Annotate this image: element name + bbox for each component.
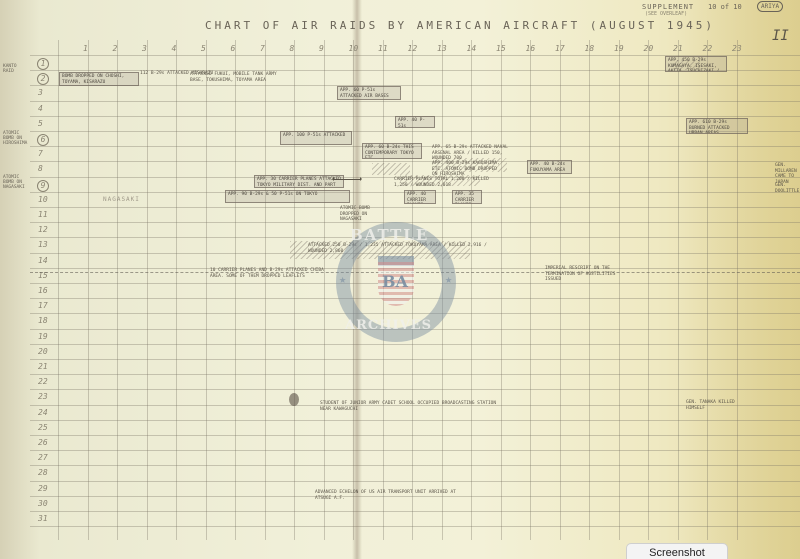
row-label: 12 (38, 225, 48, 234)
column-label: 16 (526, 44, 536, 53)
grid-line-horizontal (30, 481, 800, 482)
column-label: 22 (703, 44, 713, 53)
column-label: 20 (644, 44, 654, 53)
grid-line-horizontal (30, 511, 800, 512)
entry-note: APP. 400 B-29s KAGOSHIMA, ETC. ATOMIC BO… (432, 161, 502, 178)
row-label: 28 (38, 468, 48, 477)
entry-box: APP. 40 B-24s FUKUYAMA AREA (527, 160, 572, 174)
grid-line-horizontal (30, 101, 800, 102)
paper-stain (680, 0, 800, 559)
screenshot-tab[interactable]: Screenshot (626, 543, 728, 559)
entry-box: APP. 35 CARRIER PLANES (452, 190, 482, 204)
entry-note: GEN. DOOLITTLE (775, 183, 800, 194)
column-label: 7 (260, 44, 265, 53)
grid-line-horizontal (30, 389, 800, 390)
supplement-page: 10 of 10 (708, 3, 742, 11)
watermark-text-bottom: ARCHIVES (345, 318, 432, 333)
column-label: 11 (378, 44, 388, 53)
grid-line-horizontal (30, 420, 800, 421)
row-label: 16 (38, 286, 48, 295)
entry-box: APP. 60 B-24s THIS CONTEMPORARY TOKYO ET… (362, 143, 422, 159)
column-label: 4 (172, 44, 177, 53)
column-label: 8 (290, 44, 295, 53)
supplement-badge: ARIYA (757, 1, 783, 12)
column-label: 15 (496, 44, 506, 53)
column-label: 17 (555, 44, 565, 53)
row-label: 24 (38, 408, 48, 417)
column-label: 21 (673, 44, 683, 53)
column-label: 23 (732, 44, 742, 53)
row-label: 9 (37, 180, 49, 192)
grid-line-horizontal (30, 161, 800, 162)
grid-line-horizontal (30, 465, 800, 466)
row-label: 14 (38, 256, 48, 265)
column-label: 9 (319, 44, 324, 53)
row-label: 19 (38, 332, 48, 341)
ink-spot (289, 393, 299, 406)
row-label: 30 (38, 499, 48, 508)
range-arrow (333, 179, 361, 180)
row-label: 21 (38, 362, 48, 371)
row-label: 17 (38, 301, 48, 310)
roman-mark: II (772, 28, 789, 44)
row-label: 20 (38, 347, 48, 356)
row-label: 5 (38, 119, 43, 128)
hatch-area (372, 163, 410, 175)
entry-note: 10 CARRIER PLANES AND B-29s ATTACKED CHI… (210, 268, 340, 279)
row-label: 2 (37, 73, 49, 85)
column-label: 2 (113, 44, 118, 53)
column-label: 13 (437, 44, 447, 53)
row-label: 29 (38, 484, 48, 493)
column-label: 6 (231, 44, 236, 53)
row-label: 11 (38, 210, 48, 219)
grid-line-horizontal (30, 374, 800, 375)
row-label: 7 (38, 149, 43, 158)
entry-box: APP. 60 P-51s ATTACKED AIR BASES (337, 86, 401, 100)
entry-box: BOMB DROPPED ON CHOSHI, TOYAMA, KISARAZU (59, 72, 139, 86)
grid-line-horizontal (30, 222, 800, 223)
grid-line-horizontal (30, 435, 800, 436)
entry-note: ATTACKED FUKUI, MOBILE TANK ARMY BASE, T… (190, 72, 285, 83)
entry-note: CARRIER PLANES TOTAL 1,200 / KILLED 1,25… (394, 177, 489, 188)
column-label: 18 (585, 44, 595, 53)
watermark-text-top: BATTLE (350, 226, 429, 244)
row-label: 18 (38, 316, 48, 325)
row-label: 31 (38, 514, 48, 523)
entry-note: GEN. TANAKA KILLED HIMSELF (686, 400, 736, 411)
entry-box: APP. 40 CARRIER PLANES (404, 190, 436, 204)
row-label: 8 (38, 164, 43, 173)
row-label: 1 (37, 58, 49, 70)
grid-line-horizontal (30, 131, 800, 132)
star-icon: ★ (339, 272, 346, 286)
grid-line-horizontal (30, 526, 800, 527)
supplement-sub: (SEE OVERLEAF) (645, 11, 687, 17)
side-label-kanto: KANTO RAID (3, 64, 29, 74)
entry-note: ADVANCED ECHELON OF US AIR TRANSPORT UNI… (315, 490, 465, 501)
column-label: 5 (201, 44, 206, 53)
column-label: 19 (614, 44, 624, 53)
entry-box: APP. 610 B-29s BURNED ATTACKED URBAN ARE… (686, 118, 748, 134)
row-label: 10 (38, 195, 48, 204)
entry-box: APP. 450 B-29s KUMAGAYA, ISESAKI, AKITA,… (665, 56, 727, 72)
column-label: 10 (349, 44, 359, 53)
column-label: 3 (142, 44, 147, 53)
row-label: 23 (38, 392, 48, 401)
grid-line-horizontal (30, 344, 800, 345)
row-label: 25 (38, 423, 48, 432)
row-label: 4 (38, 104, 43, 113)
side-label-nagasaki: ATOMIC BOMB ON NAGASAKI (3, 175, 29, 190)
side-label-hiroshima: ATOMIC BOMB ON HIROSHIMA (3, 131, 29, 146)
row-label: 27 (38, 453, 48, 462)
grid-line-horizontal (30, 450, 800, 451)
row-label: 13 (38, 240, 48, 249)
document-title: CHART OF AIR RAIDS BY AMERICAN AIRCRAFT … (205, 19, 715, 32)
column-label: 14 (467, 44, 477, 53)
entry-box: APP. 100 P-51s ATTACKED (280, 131, 352, 145)
document-sheet: CHART OF AIR RAIDS BY AMERICAN AIRCRAFT … (0, 0, 800, 559)
entry-note: IMPERIAL RESCRIPT ON THE TERMINATION OF … (545, 266, 620, 283)
grid-line-horizontal (30, 85, 800, 86)
grid-line-horizontal (30, 359, 800, 360)
entry-box: APP. 90 B-29s & 50 P-51s ON TOKYO (225, 190, 350, 203)
grid-line-horizontal (30, 207, 800, 208)
entry-note: GEN. MILLAREN CAME TO JAPAN (775, 163, 800, 185)
column-label: 12 (408, 44, 418, 53)
column-label: 1 (83, 44, 88, 53)
supplement-label: SUPPLEMENT (642, 3, 694, 11)
entry-box: APP. 40 P-51s (395, 116, 435, 128)
faint-note: NAGASAKI (103, 196, 140, 203)
row-label: 26 (38, 438, 48, 447)
row-label: 3 (38, 88, 43, 97)
entry-note: ATOMIC BOMB DROPPED ON NAGASAKI (340, 206, 380, 223)
paper-stain (0, 0, 40, 559)
star-icon: ★ (445, 272, 452, 286)
row-label: 6 (37, 134, 49, 146)
row-label: 22 (38, 377, 48, 386)
entry-note: APP. 65 B-29s ATTACKED NAVAL ARSENAL ARE… (432, 145, 512, 162)
entry-note: STUDENT OF JUNIOR ARMY CADET SCHOOL OCCU… (320, 401, 500, 412)
watermark-monogram: BA (382, 272, 408, 291)
